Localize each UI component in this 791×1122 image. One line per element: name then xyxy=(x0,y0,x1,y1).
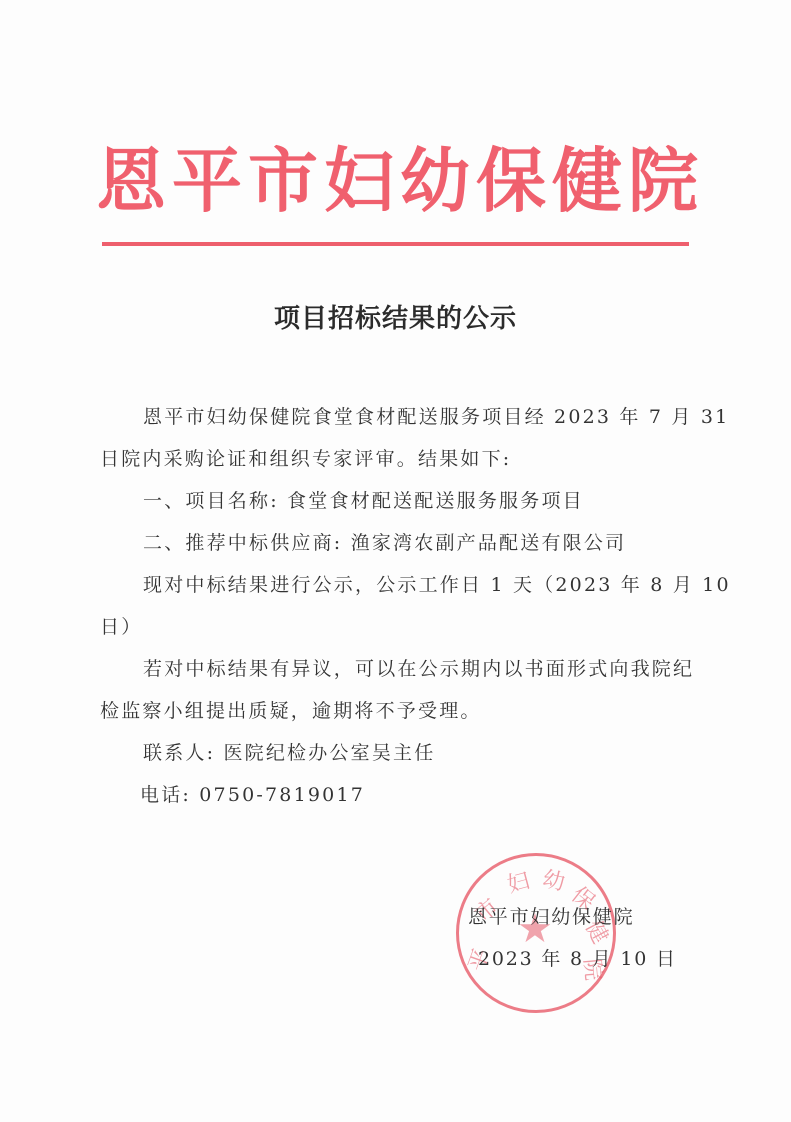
paragraph-intro-line-2: 日院内采购论证和组织专家评审。结果如下: xyxy=(100,438,692,480)
letterhead-divider xyxy=(102,242,689,246)
signature-organization: 恩平市妇幼保健院 xyxy=(468,896,677,938)
seal-char: 妇 xyxy=(503,864,532,900)
document-title: 项目招标结果的公示 xyxy=(0,298,791,335)
paragraph-intro-line-1: 恩平市妇幼保健院食堂食材配送服务项目经 2023 年 7 月 31 xyxy=(100,396,692,438)
document-page: 恩平市妇幼保健院 项目招标结果的公示 恩平市妇幼保健院食堂食材配送服务项目经 2… xyxy=(0,0,791,1122)
objection-notice-line-2: 检监察小组提出质疑，逾期将不予受理。 xyxy=(100,690,692,732)
document-body: 恩平市妇幼保健院食堂食材配送服务项目经 2023 年 7 月 31 日院内采购论… xyxy=(100,396,692,816)
winning-supplier-item: 二、推荐中标供应商: 渔家湾农副产品配送有限公司 xyxy=(100,522,692,564)
objection-notice-line-1: 若对中标结果有异议，可以在公示期内以书面形式向我院纪 xyxy=(100,648,692,690)
publicity-period-line-1: 现对中标结果进行公示，公示工作日 1 天（2023 年 8 月 10 xyxy=(100,564,692,606)
seal-char: 幼 xyxy=(540,862,568,897)
signature-block: 恩平市妇幼保健院 2023 年 8 月 10 日 xyxy=(468,896,677,980)
project-name-item: 一、项目名称: 食堂食材配送配送服务服务项目 xyxy=(100,480,692,522)
contact-phone: 电话: 0750-7819017 xyxy=(100,774,692,816)
letterhead-title: 恩平市妇幼保健院 xyxy=(96,136,696,226)
publicity-period-line-2: 日） xyxy=(100,606,692,648)
signature-date: 2023 年 8 月 10 日 xyxy=(468,938,677,980)
contact-person: 联系人: 医院纪检办公室吴主任 xyxy=(100,732,692,774)
